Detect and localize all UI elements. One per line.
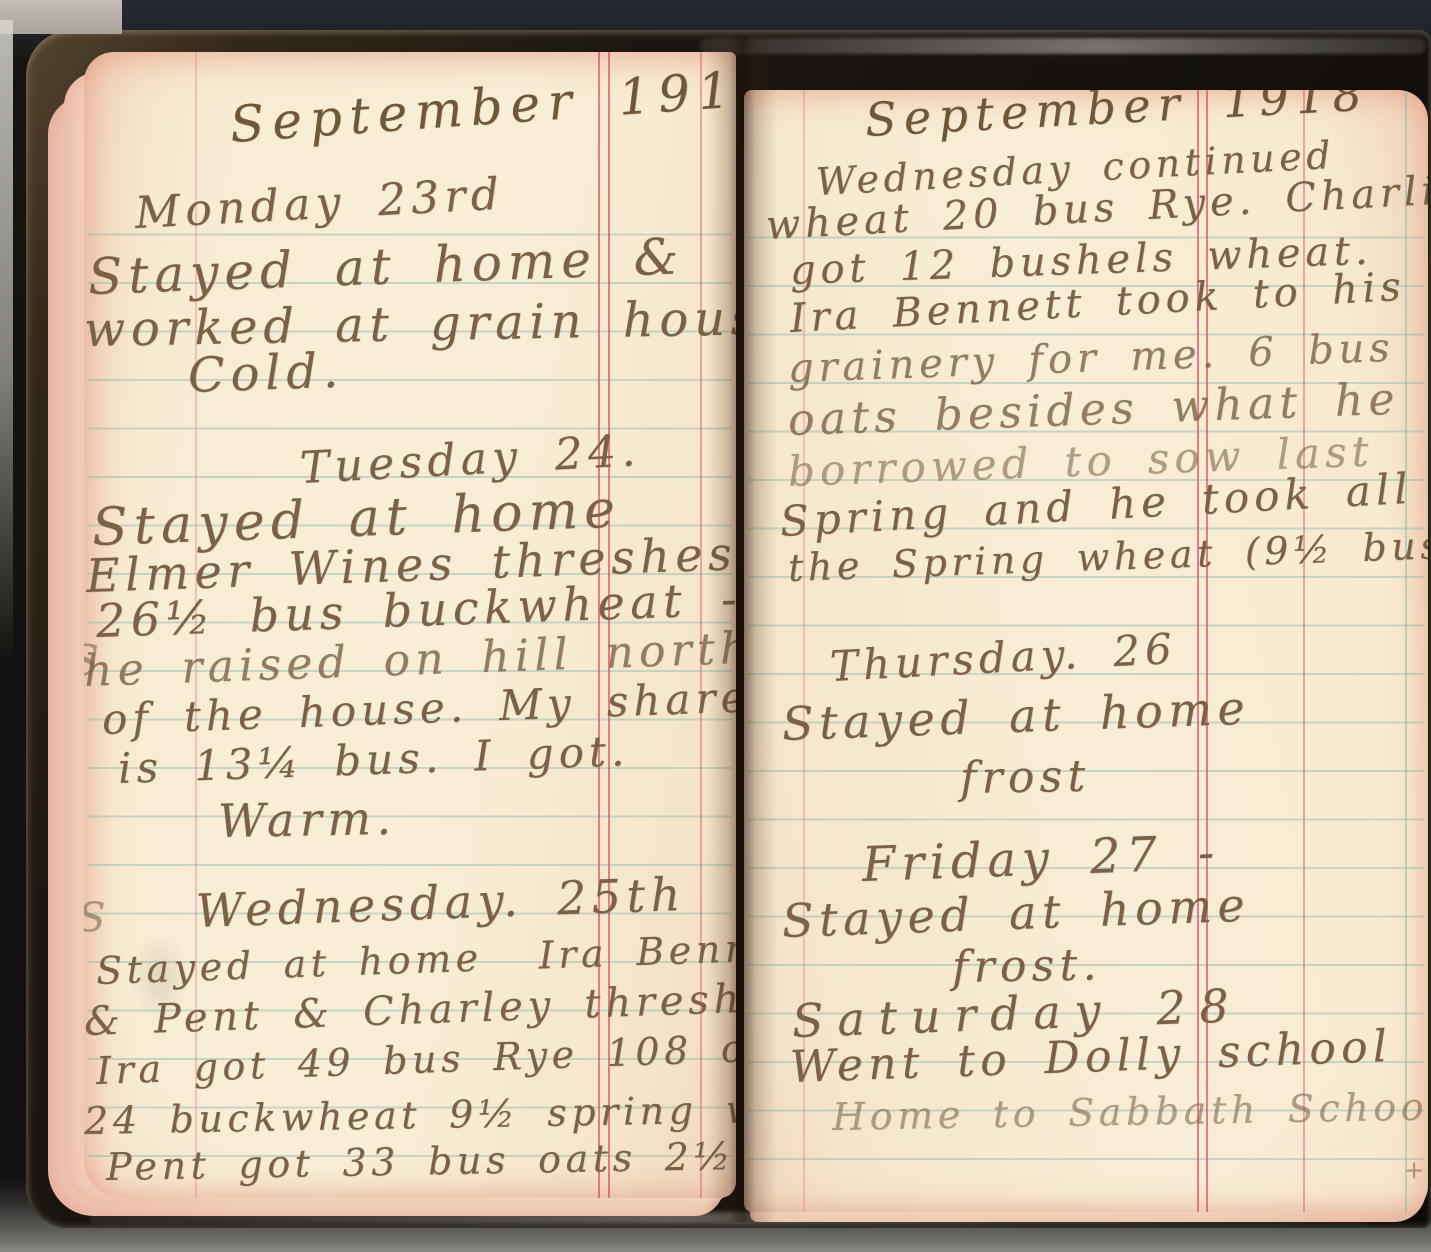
diary-line: frost — [960, 755, 1091, 801]
diary-line: worked at grain hous — [84, 294, 736, 354]
diary-line: Home to Sabbath School — [832, 1087, 1428, 1136]
diary-line: Cold. — [187, 347, 344, 400]
scan-edge-top-left — [0, 0, 122, 34]
page-header: September 1918 — [228, 62, 736, 150]
cover-edge-highlight — [700, 38, 1426, 54]
blue-edge-rule — [1405, 90, 1407, 1212]
diary-line: Pent got 33 bus oats 2½ bus — [106, 1135, 736, 1186]
book-gutter-shadow — [706, 36, 778, 1222]
left-page: September 1918 Monday 23rd Stayed at hom… — [84, 52, 736, 1198]
corner-mark: + — [1404, 1158, 1427, 1182]
edge-mark: S — [84, 640, 104, 682]
diary-photo: September 1918 Monday 23rd Stayed at hom… — [0, 0, 1431, 1252]
scan-edge-left — [0, 20, 13, 660]
diary-line: Warm. — [218, 795, 397, 844]
right-page: September 1918 Wednesday continued wheat… — [744, 90, 1428, 1212]
edge-mark: S — [84, 898, 110, 938]
